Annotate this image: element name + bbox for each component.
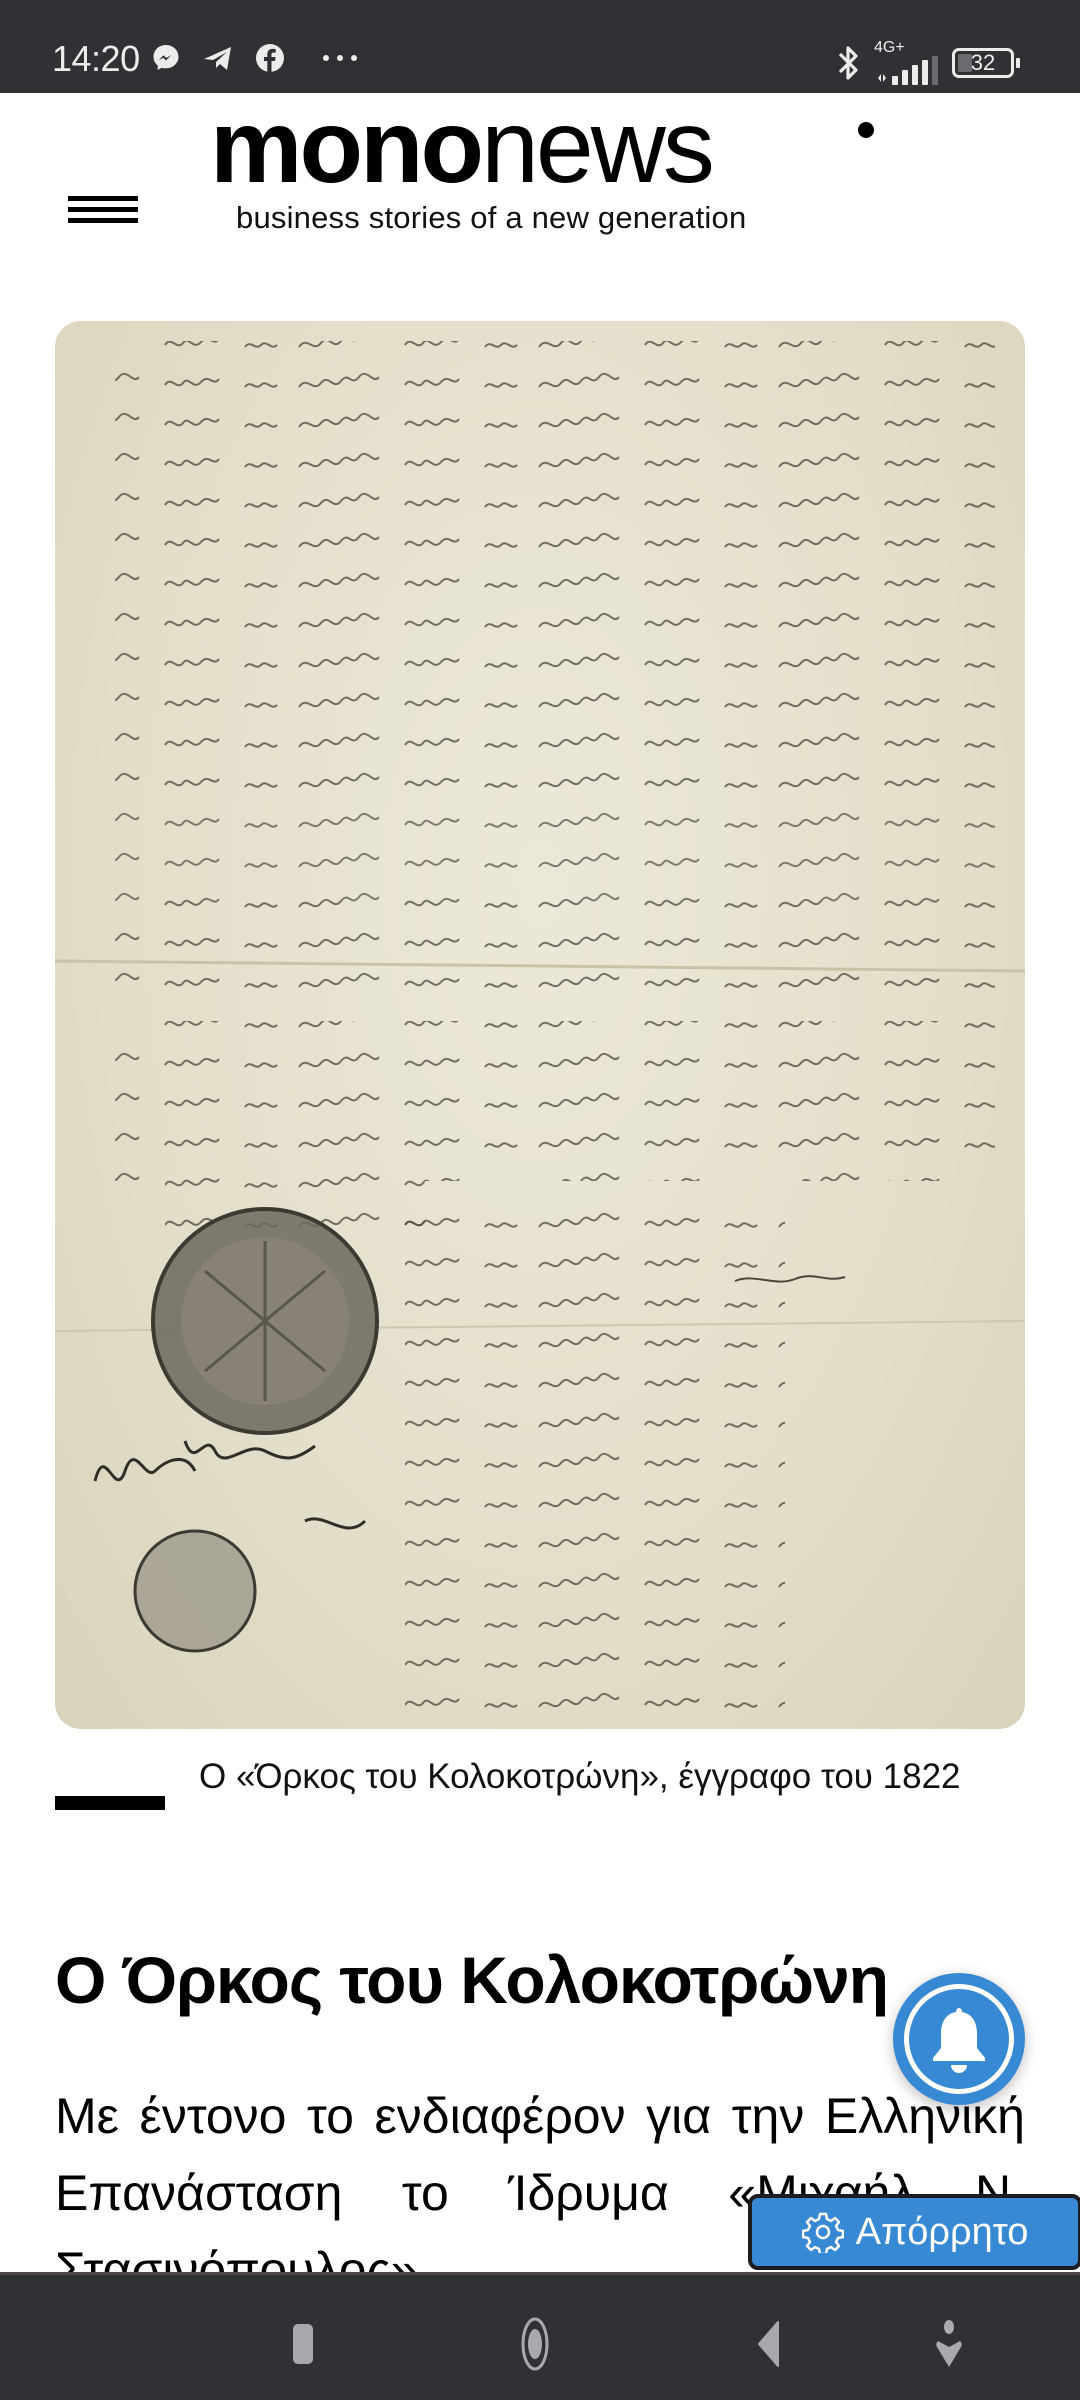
battery-level: 32	[971, 50, 995, 76]
network-type: 4G+	[874, 40, 905, 56]
image-caption: Ο «Όρκος του Κολοκοτρώνη», έγγραφο του 1…	[199, 1752, 999, 1801]
article-image	[55, 321, 1025, 1729]
article-title: Ο Όρκος του Κολοκοτρώνη	[55, 1942, 888, 2018]
hamburger-icon[interactable]	[68, 196, 138, 230]
caption-marker	[55, 1796, 165, 1810]
telegram-icon	[202, 42, 234, 74]
more-dots-icon	[320, 42, 360, 74]
home-circle-icon	[520, 2316, 550, 2372]
tagline: business stories of a new generation	[236, 200, 746, 236]
logo-bold: mono	[210, 89, 481, 205]
logo-light: news	[481, 89, 712, 205]
gear-icon	[802, 2211, 844, 2253]
logo-dot	[858, 122, 874, 138]
assistant-button[interactable]	[924, 2319, 974, 2369]
recents-button[interactable]	[278, 2319, 328, 2369]
back-triangle-icon	[758, 2320, 780, 2368]
signal-indicator: 4G+	[874, 40, 940, 86]
facebook-icon	[254, 42, 286, 74]
manuscript-illustration	[55, 321, 1025, 1729]
bluetooth-icon	[836, 43, 862, 83]
system-nav-bar	[0, 2272, 1080, 2400]
signal-bars-icon	[874, 56, 940, 86]
site-logo[interactable]: mononews	[210, 92, 712, 202]
bell-icon	[927, 2004, 991, 2074]
assistant-icon	[936, 2319, 962, 2369]
notification-icons	[150, 42, 360, 74]
privacy-label: Απόρρητο	[856, 2211, 1029, 2254]
back-button[interactable]	[744, 2319, 794, 2369]
messenger-icon	[150, 42, 182, 74]
status-bar: 14:20 4G+	[0, 0, 1080, 93]
recents-square-icon	[292, 2322, 314, 2366]
battery-indicator: 32	[952, 48, 1014, 78]
system-icons: 4G+ 32	[836, 40, 1014, 86]
notification-bell-button[interactable]	[893, 1973, 1025, 2105]
privacy-settings-button[interactable]: Απόρρητο	[748, 2194, 1080, 2270]
status-time: 14:20	[52, 38, 140, 80]
home-button[interactable]	[510, 2319, 560, 2369]
